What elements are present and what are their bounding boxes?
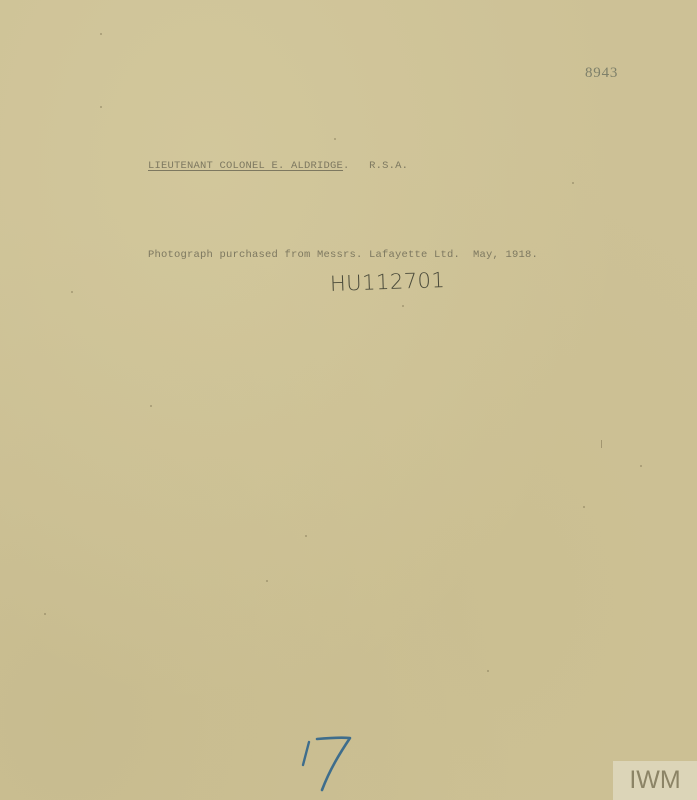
paper-speck — [150, 405, 152, 407]
paper-speck — [305, 535, 307, 537]
paper-speck — [100, 106, 102, 108]
provenance-line: Photograph purchased from Messrs. Lafaye… — [148, 249, 538, 261]
paper-speck — [487, 670, 489, 672]
archive-index-card: 8943 LIEUTENANT COLONEL E. ALDRIDGE. R.S… — [0, 0, 697, 800]
paper-speck — [583, 506, 585, 508]
paper-speck — [334, 138, 336, 140]
paper-speck — [71, 291, 73, 293]
handwritten-catalogue-id: HU112701 — [330, 268, 446, 296]
subject-name: LIEUTENANT COLONEL E. ALDRIDGE — [148, 160, 343, 172]
paper-speck — [44, 613, 46, 615]
subject-separator: . — [343, 160, 350, 172]
subject-unit: R.S.A. — [369, 160, 408, 172]
subject-line: LIEUTENANT COLONEL E. ALDRIDGE. R.S.A. — [148, 160, 408, 172]
paper-speck — [266, 580, 268, 582]
paper-speck — [640, 465, 642, 467]
paper-speck — [572, 182, 574, 184]
reference-number: 8943 — [585, 65, 618, 82]
iwm-watermark-logo: IWM — [613, 761, 697, 800]
paper-speck — [100, 33, 102, 35]
paper-speck — [402, 305, 404, 307]
paper-speck — [601, 440, 602, 448]
handwritten-page-number: 17 — [300, 735, 360, 795]
